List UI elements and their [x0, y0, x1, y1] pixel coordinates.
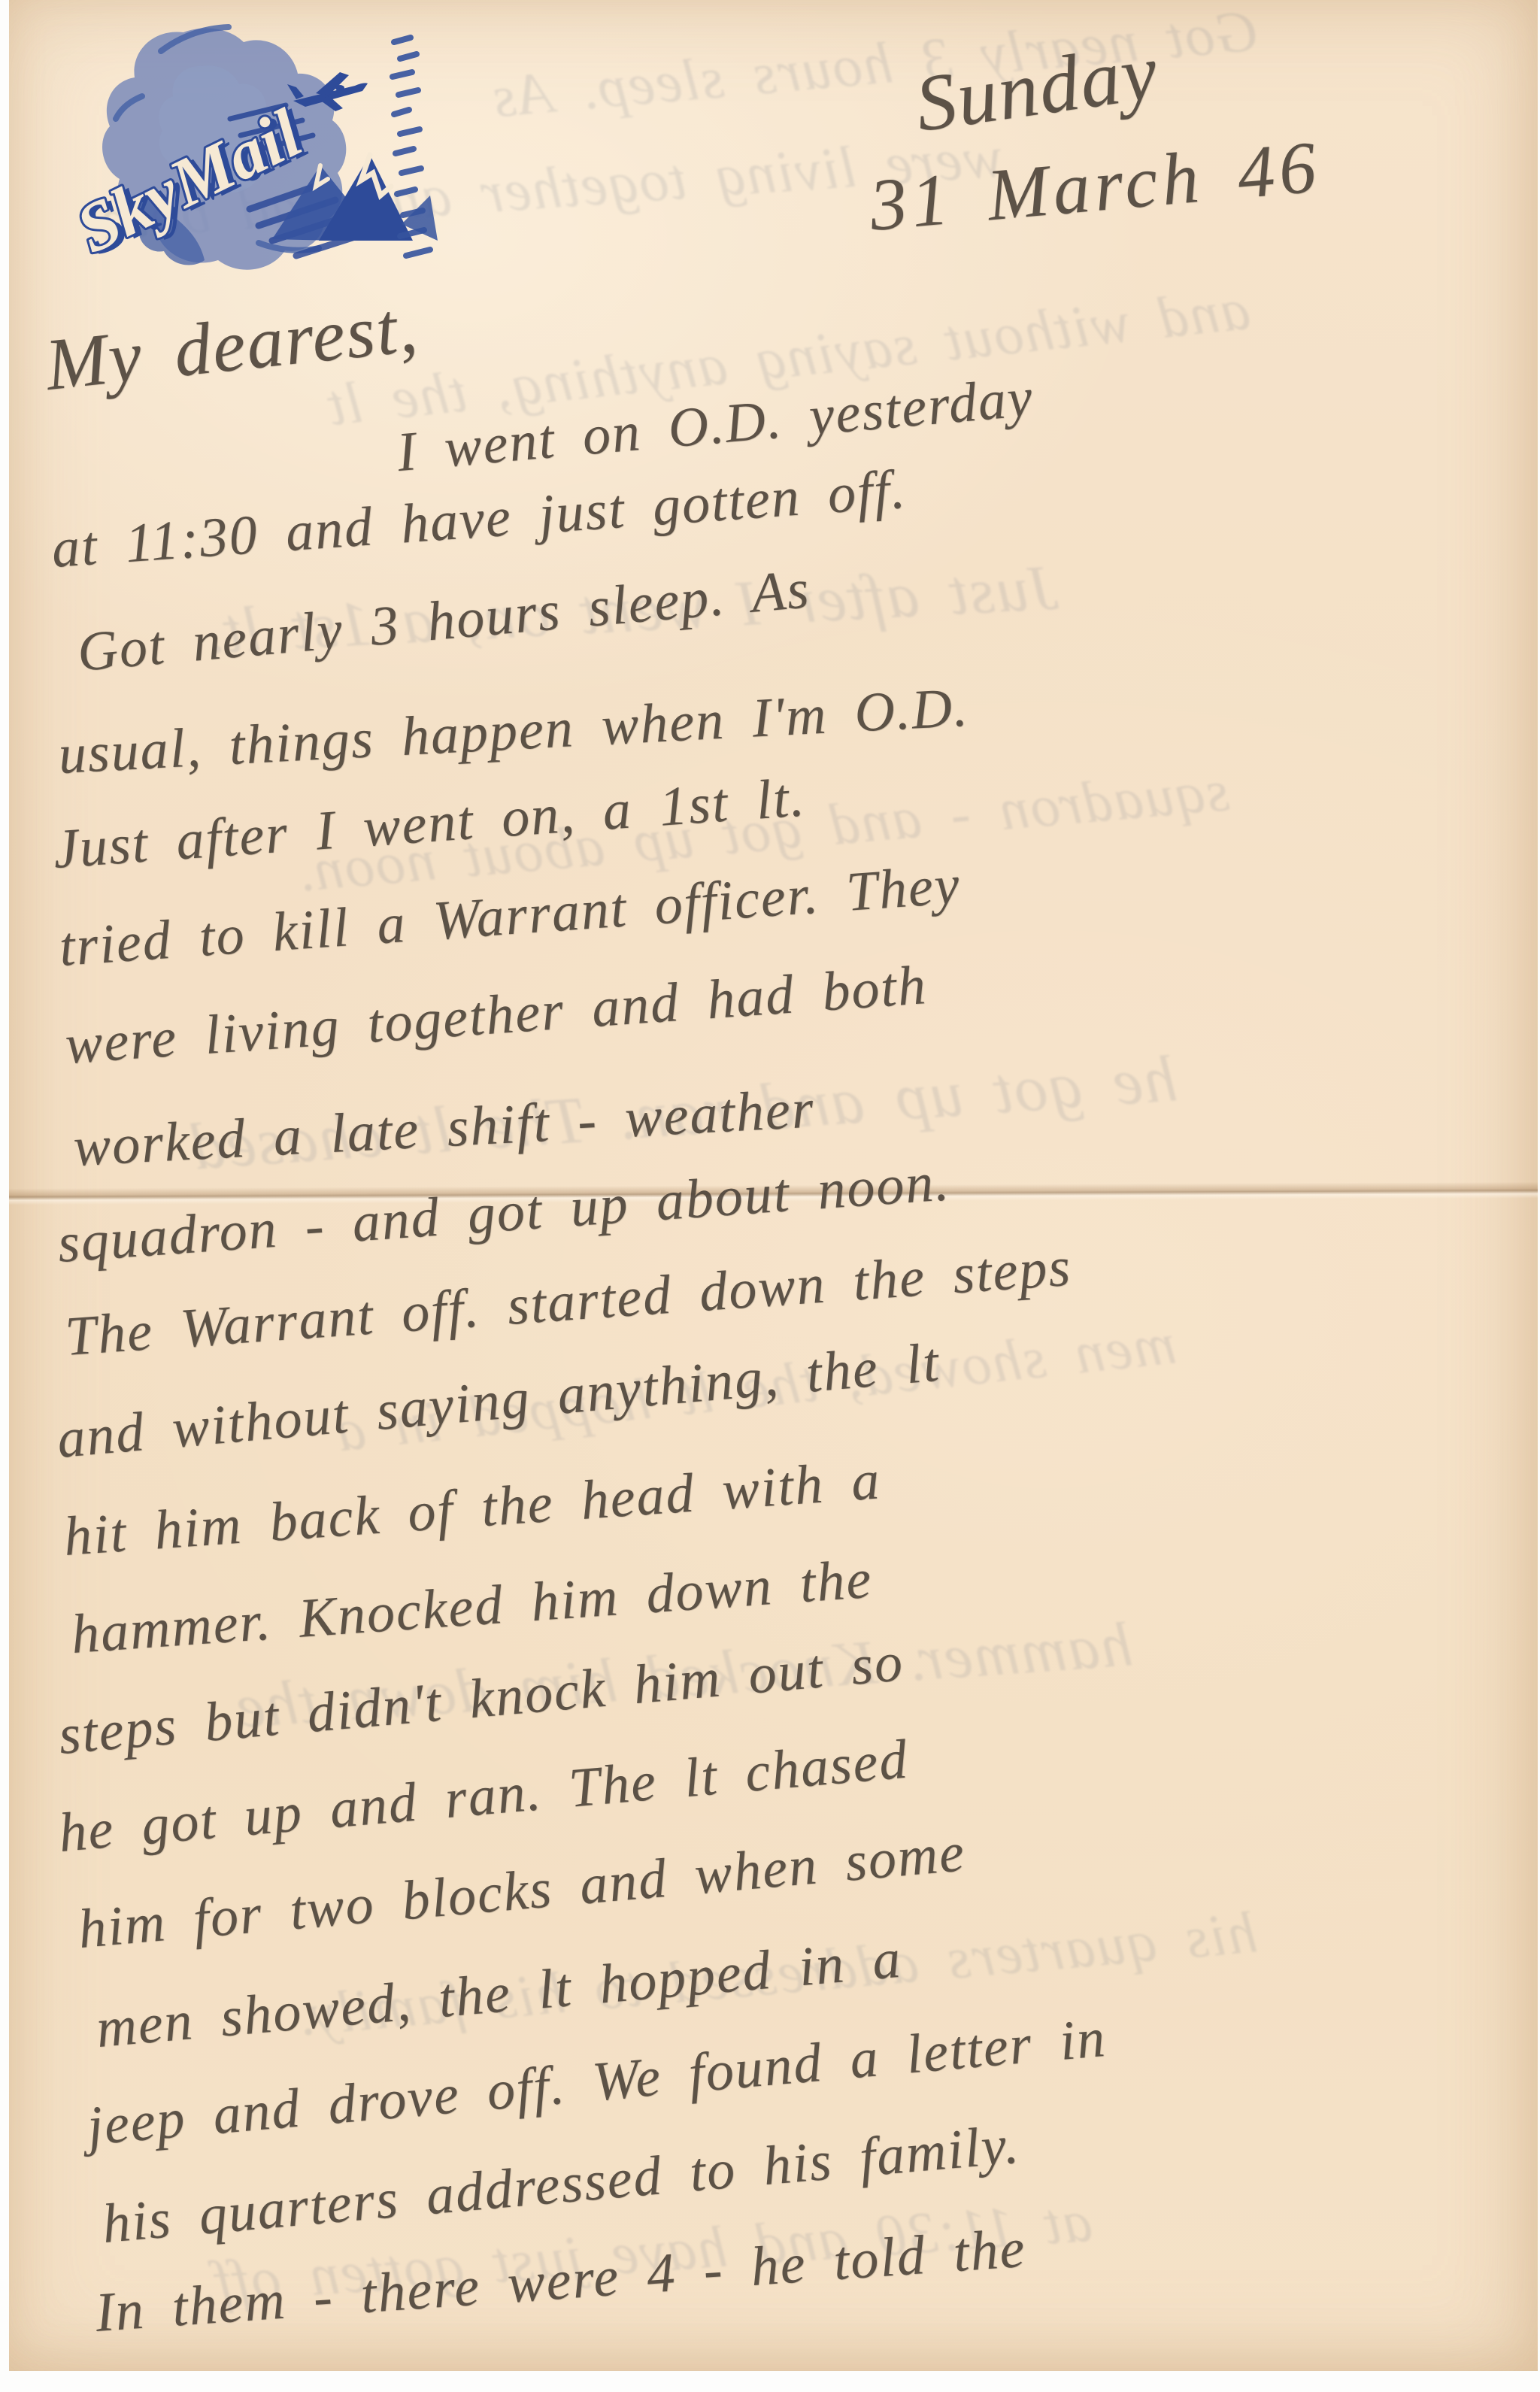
letter-paper: Got nearly 3 hours sleep. As were living… [9, 0, 1538, 2371]
skymail-logo: SkyMail SkyMail [71, 6, 439, 314]
letter-line: Got nearly 3 hours sleep. As [75, 557, 813, 685]
letter-line: were living together and had both [63, 953, 929, 1078]
letter-line: worked a late shift - weather [72, 1077, 817, 1180]
letter-scan: Got nearly 3 hours sleep. As were living… [0, 0, 1540, 2392]
letter-line: I went on O.D. yesterday [395, 365, 1036, 485]
letter-line: usual, things happen when I'm O.D. [57, 676, 971, 787]
letter-line: Just after I went on, a 1st lt. [51, 766, 808, 882]
date-day: Sunday [910, 26, 1164, 150]
letter-line: hit him back of the head with a [62, 1448, 883, 1569]
